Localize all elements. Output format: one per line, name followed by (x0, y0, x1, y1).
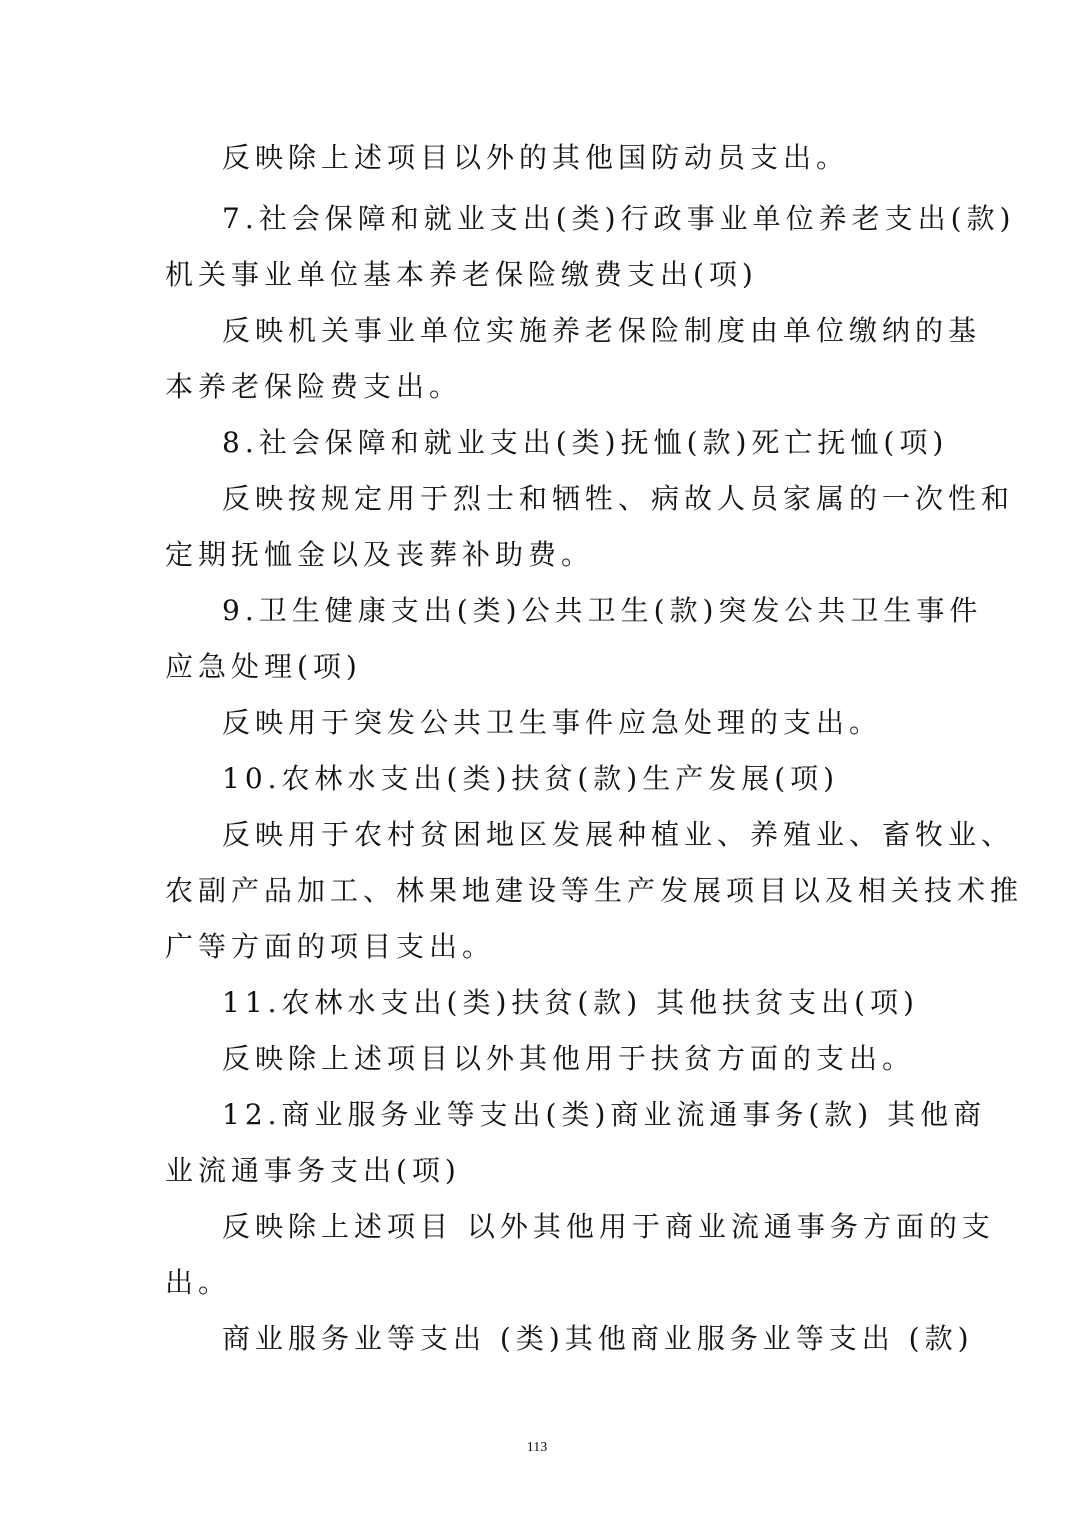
paragraph-line: 反映用于农村贫困地区发展种植业、养殖业、畜牧业、 (222, 817, 910, 853)
section-heading-line: 业流通事务支出(项) (165, 1153, 910, 1189)
paragraph-line: 反映除上述项目以外其他用于扶贫方面的支出。 (222, 1041, 910, 1077)
paragraph-line: 反映按规定用于烈士和牺牲、病故人员家属的一次性和 (222, 481, 910, 517)
document-page: 反映除上述项目以外的其他国防动员支出。 7.社会保障和就业支出(类)行政事业单位… (0, 0, 1074, 1520)
paragraph-line: 本养老保险费支出。 (165, 369, 910, 405)
paragraph-line: 反映机关事业单位实施养老保险制度由单位缴纳的基 (222, 313, 910, 349)
section-heading-line: 9.卫生健康支出(类)公共卫生(款)突发公共卫生事件 (222, 593, 910, 629)
paragraph-line: 农副产品加工、林果地建设等生产发展项目以及相关技术推 (165, 873, 910, 909)
section-heading-line: 7.社会保障和就业支出(类)行政事业单位养老支出(款) (222, 201, 910, 237)
section-heading-line: 10.农林水支出(类)扶贫(款)生产发展(项) (222, 761, 910, 797)
page-number: 113 (0, 1440, 1074, 1456)
paragraph-line: 出。 (165, 1265, 910, 1301)
section-heading-line: 商业服务业等支出 (类)其他商业服务业等支出 (款) (222, 1321, 910, 1357)
paragraph-line: 反映除上述项目以外的其他国防动员支出。 (222, 140, 910, 176)
section-heading-line: 应急处理(项) (165, 649, 910, 685)
section-heading-line: 机关事业单位基本养老保险缴费支出(项) (165, 257, 910, 293)
section-heading-line: 12.商业服务业等支出(类)商业流通事务(款) 其他商 (222, 1097, 910, 1133)
section-heading-line: 8.社会保障和就业支出(类)抚恤(款)死亡抚恤(项) (222, 425, 910, 461)
paragraph-line: 定期抚恤金以及丧葬补助费。 (165, 537, 910, 573)
section-heading-line: 11.农林水支出(类)扶贫(款) 其他扶贫支出(项) (222, 985, 910, 1021)
paragraph-line: 反映除上述项目 以外其他用于商业流通事务方面的支 (222, 1209, 910, 1245)
paragraph-line: 广等方面的项目支出。 (165, 929, 910, 965)
paragraph-line: 反映用于突发公共卫生事件应急处理的支出。 (222, 705, 910, 741)
